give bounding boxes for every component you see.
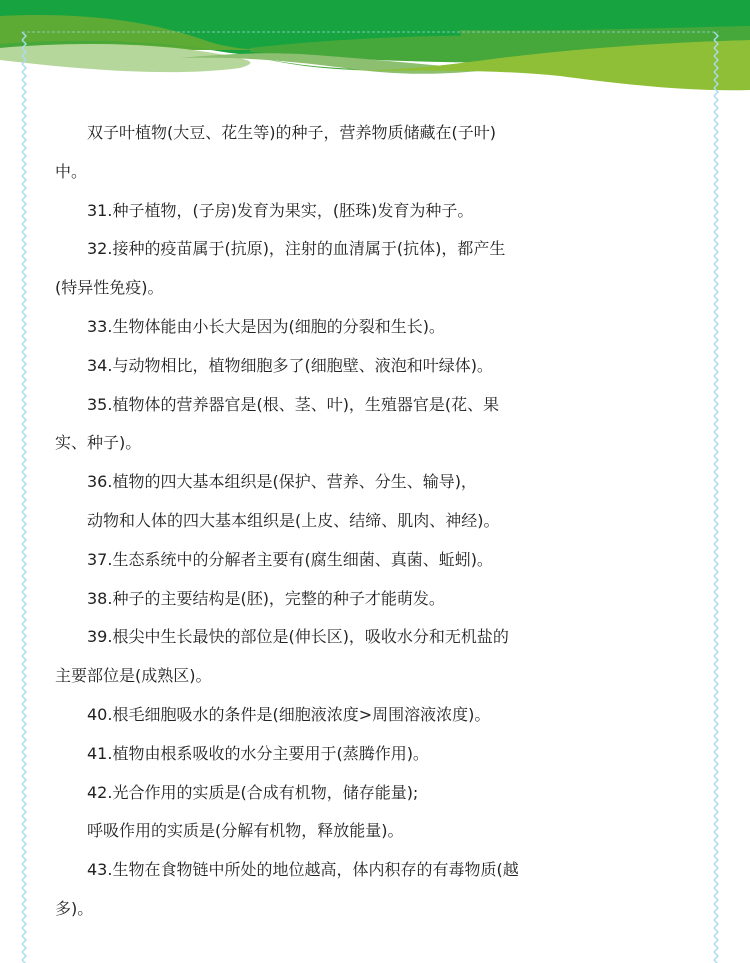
text-line: 双子叶植物(大豆、花生等)的种子，营养物质储藏在(子叶) [55, 120, 695, 159]
text-line: 多)。 [55, 896, 695, 935]
top-border-line [22, 31, 718, 33]
text-line: 36.植物的四大基本组织是(保护、营养、分生、输导)， [55, 469, 695, 508]
text-line: 31.种子植物，(子房)发育为果实，(胚珠)发育为种子。 [55, 198, 695, 237]
text-line: 33.生物体能由小长大是因为(细胞的分裂和生长)。 [55, 314, 695, 353]
text-line: 39.根尖中生长最快的部位是(伸长区)，吸收水分和无机盐的 [55, 624, 695, 663]
text-line: 41.植物由根系吸收的水分主要用于(蒸腾作用)。 [55, 741, 695, 780]
text-line: (特异性免疫)。 [55, 275, 695, 314]
text-line: 43.生物在食物链中所处的地位越高，体内积存的有毒物质(越 [55, 857, 695, 896]
text-line: 38.种子的主要结构是(胚)，完整的种子才能萌发。 [55, 586, 695, 625]
text-line: 32.接种的疫苗属于(抗原)，注射的血清属于(抗体)，都产生 [55, 236, 695, 275]
text-line: 40.根毛细胞吸水的条件是(细胞液浓度>周围溶液浓度)。 [55, 702, 695, 741]
document-body: 双子叶植物(大豆、花生等)的种子，营养物质储藏在(子叶) 中。 31.种子植物，… [55, 120, 695, 935]
text-line: 37.生态系统中的分解者主要有(腐生细菌、真菌、蚯蚓)。 [55, 547, 695, 586]
text-line: 34.与动物相比，植物细胞多了(细胞壁、液泡和叶绿体)。 [55, 353, 695, 392]
text-line: 主要部位是(成熟区)。 [55, 663, 695, 702]
text-line: 42.光合作用的实质是(合成有机物，储存能量); [55, 780, 695, 819]
text-line: 中。 [55, 159, 695, 198]
header-wave-decoration [0, 0, 750, 100]
right-wavy-border [713, 32, 719, 963]
left-wavy-border [21, 32, 27, 963]
text-line: 实、种子)。 [55, 430, 695, 469]
text-line: 呼吸作用的实质是(分解有机物，释放能量)。 [55, 818, 695, 857]
text-line: 35.植物体的营养器官是(根、茎、叶)，生殖器官是(花、果 [55, 392, 695, 431]
text-line: 动物和人体的四大基本组织是(上皮、结缔、肌肉、神经)。 [55, 508, 695, 547]
